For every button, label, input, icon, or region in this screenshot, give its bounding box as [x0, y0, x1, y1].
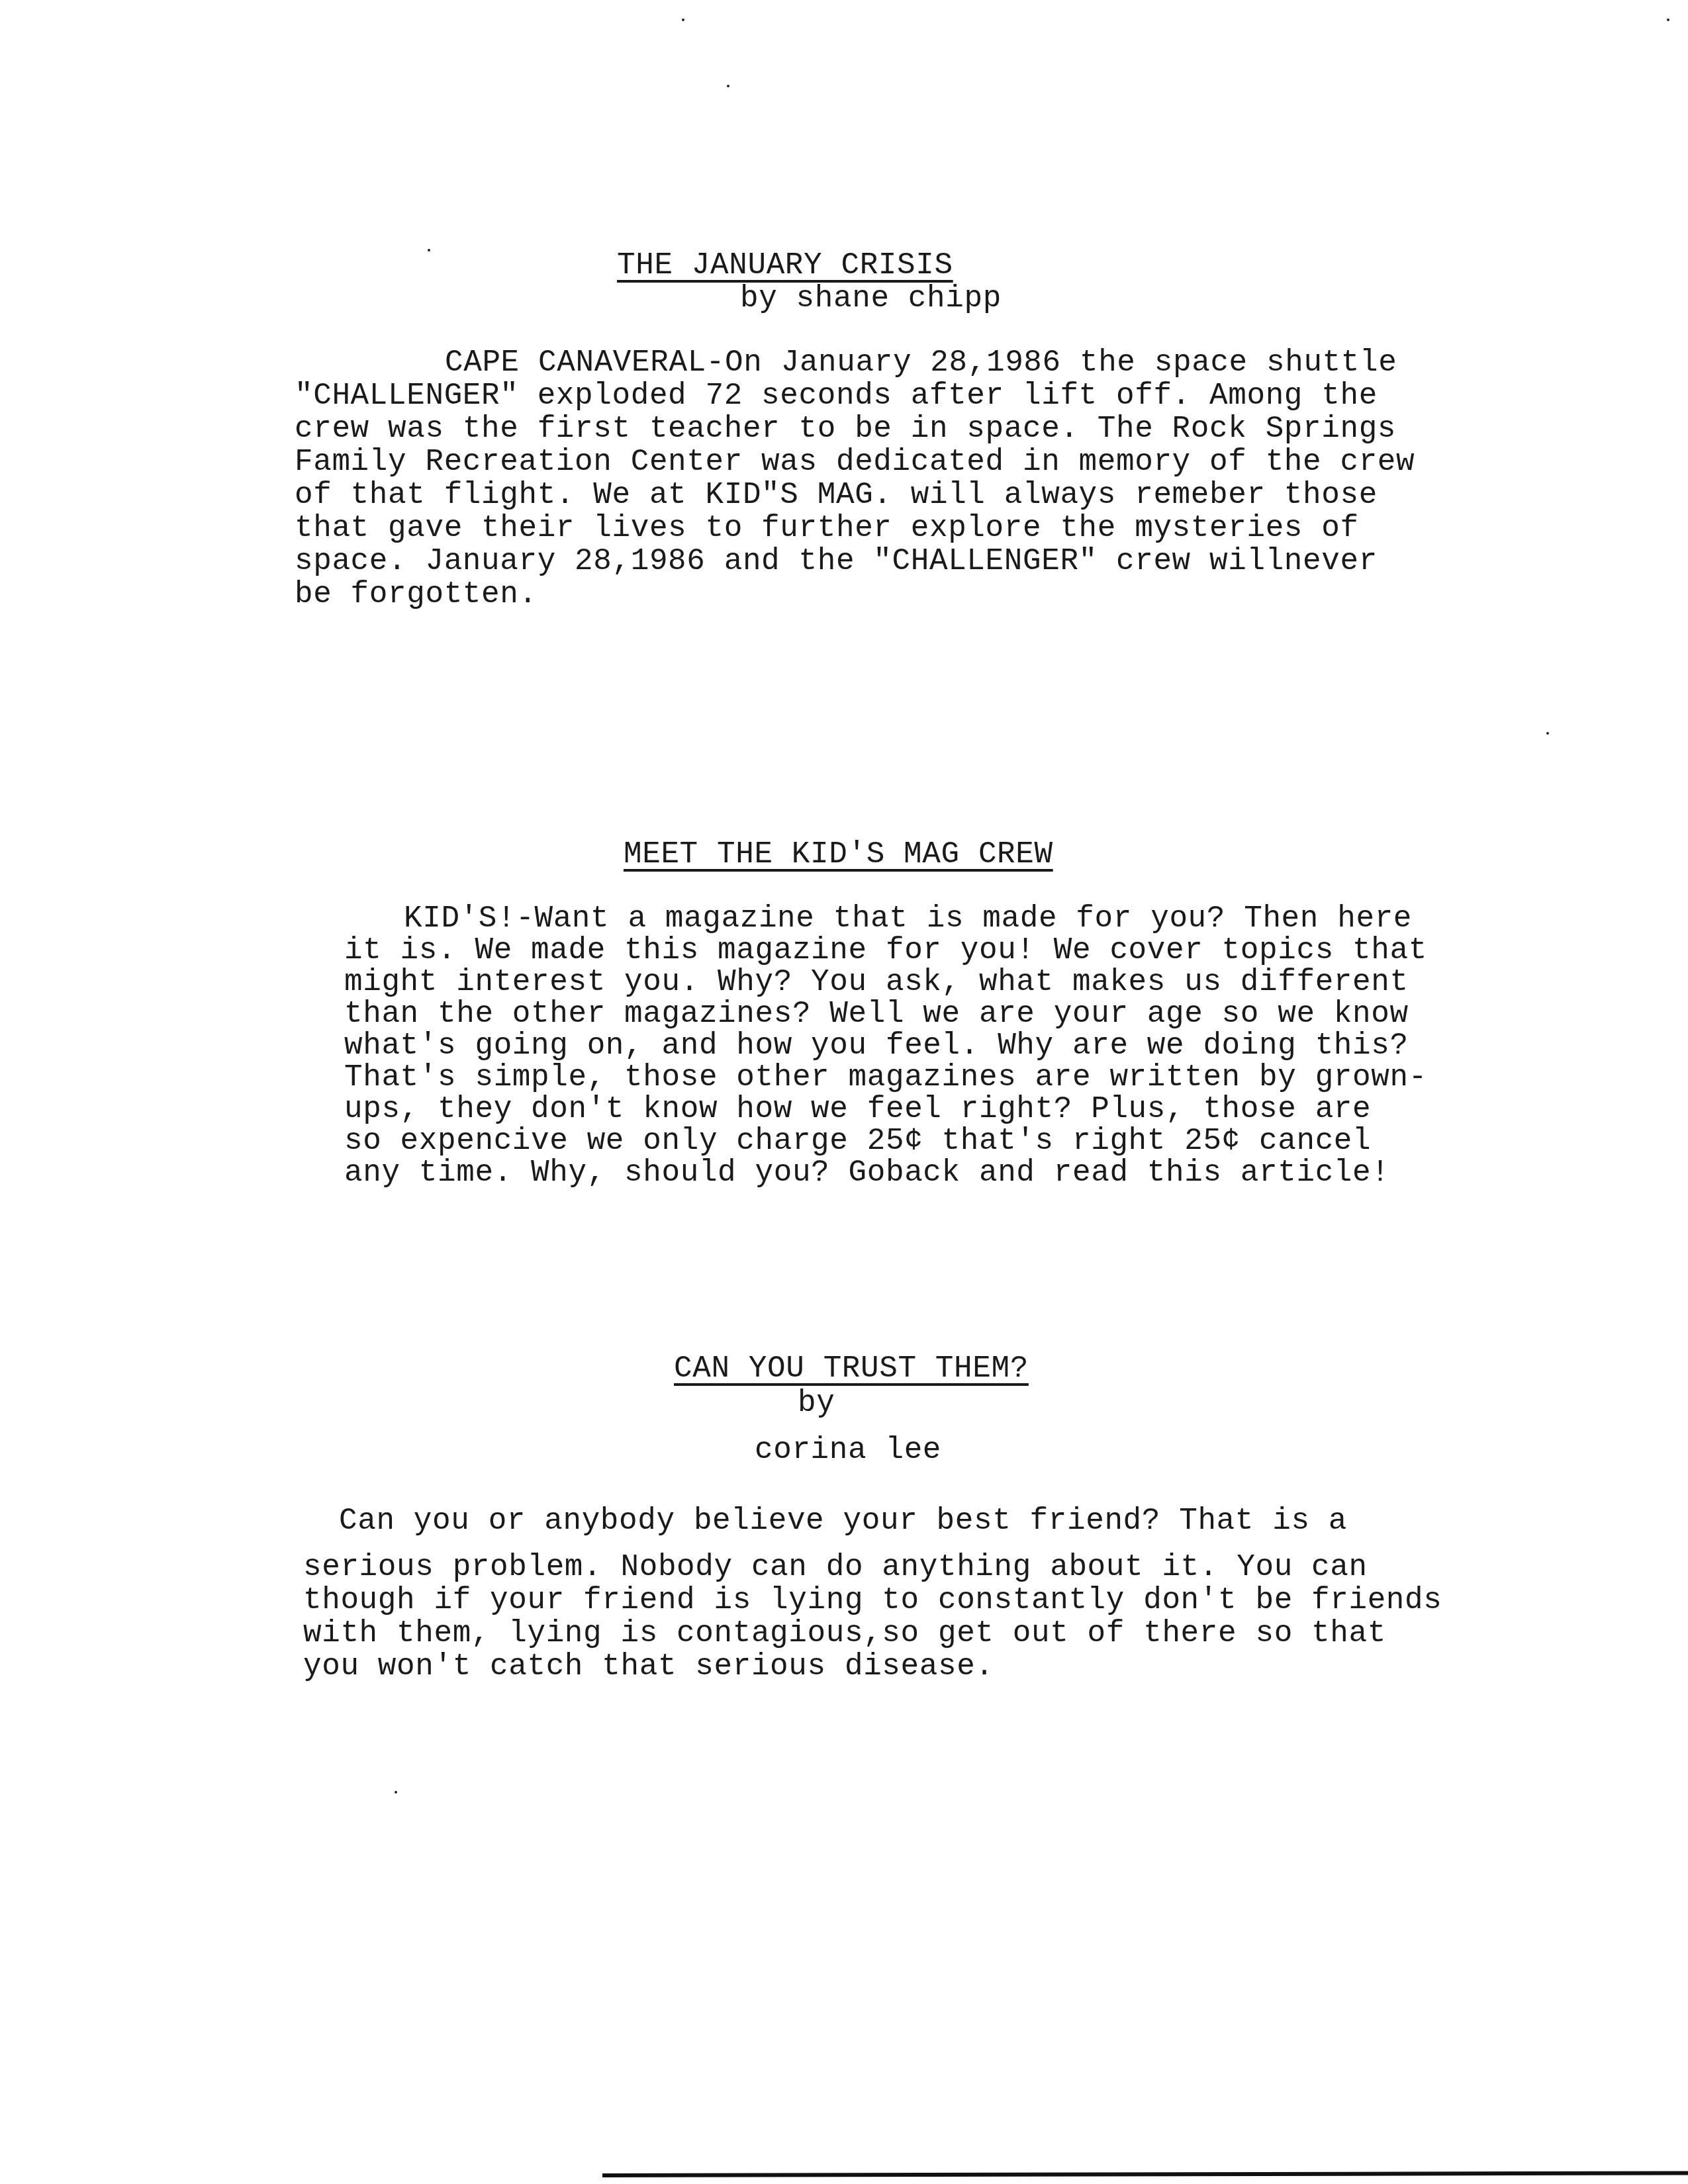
- article-line: with them, lying is contagious,so get ou…: [303, 1618, 1386, 1649]
- article-line: any time. Why, should you? Goback and re…: [344, 1158, 1389, 1188]
- scan-edge-line: [602, 2171, 1688, 2177]
- article-byline-name: corina lee: [755, 1435, 941, 1465]
- article-line: it is. We made this magazine for you! We…: [344, 935, 1427, 966]
- article-line: That's simple, those other magazines are…: [344, 1062, 1427, 1093]
- article-line: of that flight. We at KID"S MAG. will al…: [295, 480, 1378, 510]
- article-line: space. January 28,1986 and the "CHALLENG…: [295, 546, 1378, 576]
- scan-speck: [395, 1791, 397, 1794]
- article-line: though if your friend is lying to consta…: [303, 1585, 1442, 1615]
- scanned-page: THE JANUARY CRISIS by shane chipp CAPE C…: [0, 0, 1688, 2184]
- article-line: that gave their lives to further explore…: [295, 513, 1359, 543]
- article-byline: by shane chipp: [740, 283, 1002, 314]
- article-title: THE JANUARY CRISIS: [617, 250, 953, 281]
- article-title: MEET THE KID'S MAG CREW: [624, 839, 1053, 870]
- article-line: you won't catch that serious disease.: [303, 1651, 994, 1682]
- article-line: ups, they don't know how we feel right? …: [344, 1094, 1371, 1124]
- article-line: CAPE CANAVERAL-On January 28,1986 the sp…: [445, 347, 1397, 378]
- scan-speck: [1667, 19, 1669, 21]
- article-line: might interest you. Why? You ask, what m…: [344, 967, 1409, 997]
- article-line: than the other magazines? Well we are yo…: [344, 999, 1409, 1029]
- scan-speck: [1546, 732, 1549, 735]
- scan-speck: [682, 19, 684, 21]
- article-line: serious problem. Nobody can do anything …: [303, 1552, 1368, 1582]
- article-line: crew was the first teacher to be in spac…: [295, 414, 1396, 444]
- article-line: Family Recreation Center was dedicated i…: [295, 447, 1415, 477]
- scan-speck: [428, 249, 430, 251]
- article-line: be forgotten.: [295, 579, 538, 610]
- article-line: "CHALLENGER" exploded 72 seconds after l…: [295, 381, 1378, 411]
- article-title: CAN YOU TRUST THEM?: [674, 1353, 1029, 1384]
- article-line: so expencive we only charge 25¢ that's r…: [344, 1126, 1371, 1156]
- scan-speck: [727, 85, 729, 87]
- article-byline-by: by: [798, 1388, 835, 1418]
- article-line: Can you or anybody believe your best fri…: [339, 1506, 1347, 1536]
- article-line: what's going on, and how you feel. Why a…: [344, 1030, 1409, 1061]
- article-line: KID'S!-Want a magazine that is made for …: [404, 903, 1412, 934]
